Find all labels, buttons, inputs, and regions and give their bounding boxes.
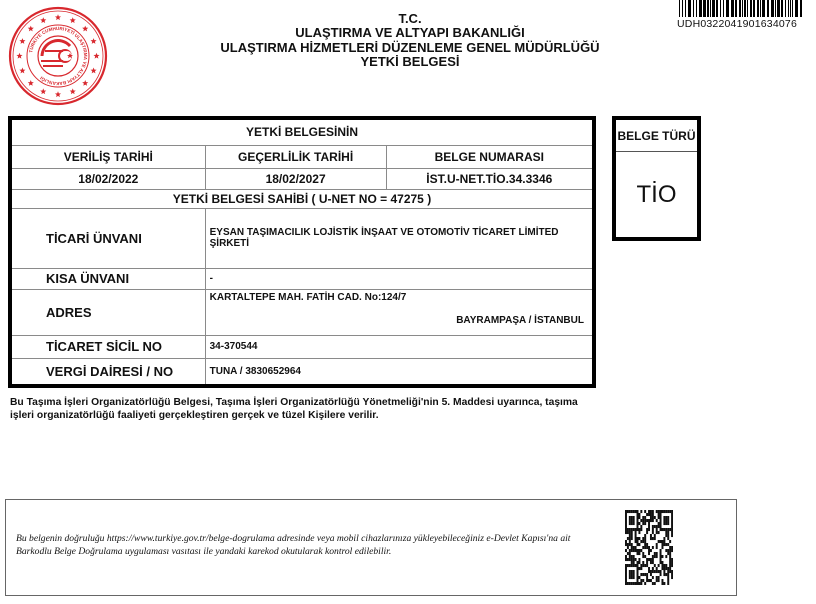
certificate-table: YETKİ BELGESİNİN VERİLİŞ TARİHİ GEÇERLİL… [8, 116, 596, 388]
label-address: ADRES [12, 289, 205, 335]
issue-date-value: 18/02/2022 [12, 168, 205, 189]
trade-name-value: EYSAN TAŞIMACILIK LOJİSTİK İNŞAAT VE OTO… [205, 208, 592, 268]
certificate-number-value: İST.U-NET.TİO.34.3346 [386, 168, 592, 189]
column-certificate-number: BELGE NUMARASI [386, 145, 592, 168]
barcode: UDH0322041901634076 [665, 0, 815, 30]
label-tax-office: VERGİ DAİRESİ / NO [12, 358, 205, 384]
verification-text: Bu belgenin doğruluğu https://www.turkiy… [16, 532, 596, 558]
document-header: T.C. ULAŞTIRMA VE ALTYAPI BAKANLIĞI ULAŞ… [200, 12, 620, 70]
header-directorate: ULAŞTIRMA HİZMETLERİ DÜZENLEME GENEL MÜD… [200, 41, 620, 56]
document-type-label: BELGE TÜRÜ [616, 120, 697, 152]
label-short-name: KISA ÜNVANI [12, 268, 205, 289]
barcode-number: UDH0322041901634076 [677, 18, 815, 30]
trade-registry-value: 34-370544 [205, 335, 592, 358]
label-trade-registry: TİCARET SİCİL NO [12, 335, 205, 358]
barcode-icon [679, 0, 805, 17]
section-title: YETKİ BELGESİNİN [12, 120, 592, 145]
validity-date-value: 18/02/2027 [205, 168, 386, 189]
document-type-box: BELGE TÜRÜ TİO [612, 116, 701, 241]
ministry-seal-icon: TÜRKİYE CUMHURİYETİ ULAŞTIRMA VE ALTYAPI… [8, 6, 108, 106]
address-line1: KARTALTEPE MAH. FATİH CAD. No:124/7 [210, 292, 592, 303]
address-line2: BAYRAMPAŞA / İSTANBUL [210, 315, 592, 326]
header-country: T.C. [200, 12, 620, 26]
svg-text:TÜRKİYE CUMHURİYETİ ULAŞTIRMA: TÜRKİYE CUMHURİYETİ ULAŞTIRMA VE ALTYAPI… [28, 25, 88, 86]
label-trade-name: TİCARİ ÜNVANI [12, 208, 205, 268]
column-issue-date: VERİLİŞ TARİHİ [12, 145, 205, 168]
short-name-value: - [205, 268, 592, 289]
holder-title: YETKİ BELGESİ SAHİBİ ( U-NET NO = 47275 … [12, 189, 592, 208]
address-value: KARTALTEPE MAH. FATİH CAD. No:124/7 BAYR… [205, 289, 592, 335]
document-type-value: TİO [616, 152, 697, 238]
column-validity-date: GEÇERLİLİK TARİHİ [205, 145, 386, 168]
header-ministry: ULAŞTIRMA VE ALTYAPI BAKANLIĞI [200, 26, 620, 41]
document-title: YETKİ BELGESİ [200, 55, 620, 70]
tax-office-value: TUNA / 3830652964 [205, 358, 592, 384]
qr-code-icon [625, 510, 673, 585]
legal-note: Bu Taşıma İşleri Organizatörlüğü Belgesi… [10, 396, 600, 422]
